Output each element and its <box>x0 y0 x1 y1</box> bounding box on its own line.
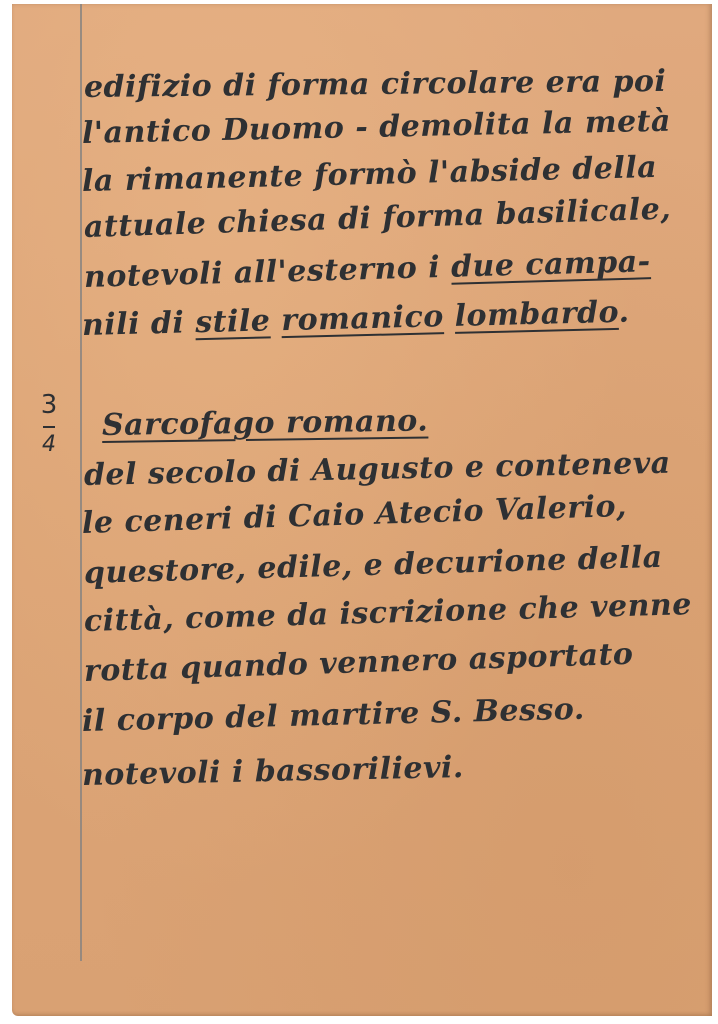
underlined-word-lombardo: lombardo <box>454 295 619 334</box>
text-line-2: l'antico Duomo - demolita la metà <box>82 104 672 151</box>
margin-rule <box>80 4 82 961</box>
text-line-4: attuale chiesa di forma basilicale, <box>83 192 671 245</box>
manuscript-page: edifizio di forma circolare era poi l'an… <box>12 4 712 1016</box>
margin-note-fraction: 3 4 <box>34 392 64 456</box>
margin-note-bar <box>43 426 55 428</box>
underlined-phrase-campa: due campa- <box>451 244 652 285</box>
text-line-7: del secolo di Augusto e conteneva <box>84 446 671 493</box>
underlined-word-stile: stile <box>195 303 271 340</box>
underlined-word-romanico: romanico <box>281 299 444 338</box>
text-line-8: le ceneri di Caio Atecio Valerio, <box>81 489 627 541</box>
section-heading-sarcofago: Sarcofago romano. <box>102 403 429 443</box>
text-line-1: edifizio di forma circolare era poi <box>84 64 667 105</box>
text-line-5: notevoli all'esterno i due campa- <box>84 244 652 295</box>
text-line-10: città, come da iscrizione che venne <box>84 587 693 639</box>
text-line-13: notevoli i bassorilievi. <box>82 750 464 793</box>
text-line-9: questore, edile, e decurione della <box>84 540 664 591</box>
text-line-6-plain: nili di <box>82 305 196 343</box>
text-line-3: la rimanente formò l'abside della <box>82 150 658 199</box>
margin-note-numerator: 3 <box>34 392 64 418</box>
text-line-11: rotta quando vennero asportato <box>83 637 633 689</box>
text-line-12: il corpo del martire S. Besso. <box>82 692 586 739</box>
text-line-5-plain: notevoli all'esterno i <box>84 250 452 295</box>
text-line-6: nili di stile romanico lombardo. <box>82 295 630 343</box>
margin-note-denominator: 4 <box>34 434 64 456</box>
